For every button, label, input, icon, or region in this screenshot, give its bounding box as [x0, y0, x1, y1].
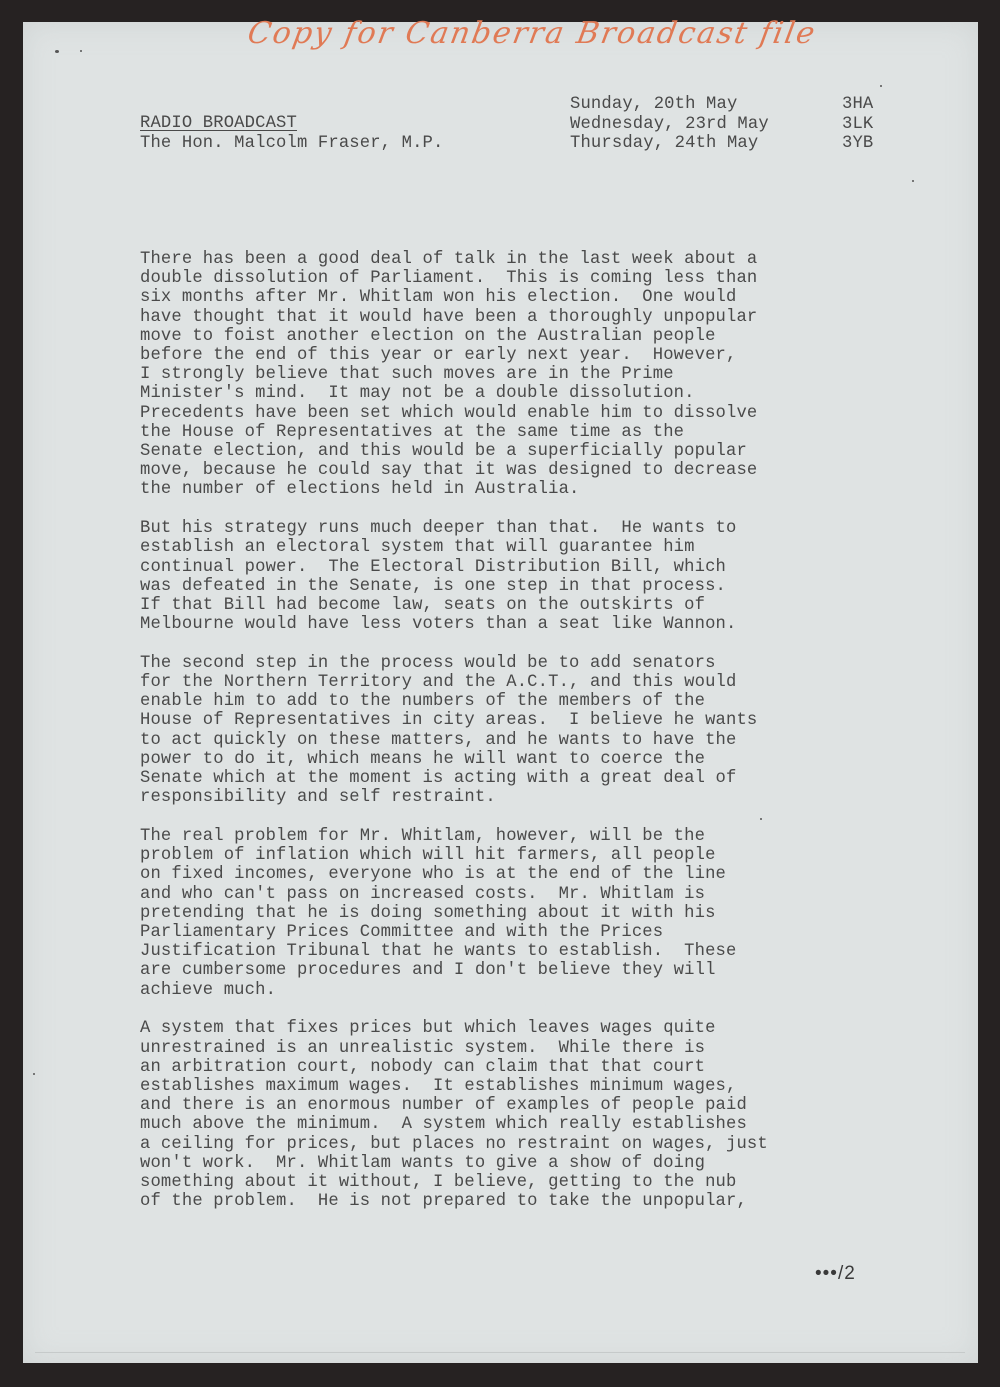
- text-line: a ceiling for prices, but places no rest…: [140, 1135, 840, 1154]
- text-line: something about it without, I believe, g…: [140, 1173, 840, 1192]
- text-line: are cumbersome procedures and I don't be…: [140, 961, 840, 980]
- text-line: The second step in the process would be …: [140, 654, 840, 673]
- schedule-station: 3HA: [842, 95, 892, 115]
- text-line: on fixed incomes, everyone who is at the…: [140, 865, 840, 884]
- body-paragraph: The real problem for Mr. Whitlam, howeve…: [140, 827, 840, 1000]
- paper-mark: [33, 1073, 35, 1075]
- text-line: much above the minimum. A system which r…: [140, 1115, 840, 1134]
- text-line: power to do it, which means he will want…: [140, 750, 840, 769]
- body-paragraph: A system that fixes prices but which lea…: [140, 1019, 840, 1211]
- broadcast-schedule: Sunday, 20th May 3HA Wednesday, 23rd May…: [570, 95, 892, 154]
- text-line: A system that fixes prices but which lea…: [140, 1019, 840, 1038]
- text-line: continual power. The Electoral Distribut…: [140, 558, 840, 577]
- text-line: Senate which at the moment is acting wit…: [140, 769, 840, 788]
- text-line: and who can't pass on increased costs. M…: [140, 885, 840, 904]
- text-line: Melbourne would have less voters than a …: [140, 615, 840, 634]
- text-line: But his strategy runs much deeper than t…: [140, 519, 840, 538]
- schedule-station: 3LK: [842, 115, 892, 135]
- speaker-name: The Hon. Malcolm Fraser, M.P.: [140, 134, 443, 154]
- text-line: enable him to add to the numbers of the …: [140, 692, 840, 711]
- schedule-row: Thursday, 24th May 3YB: [570, 134, 892, 154]
- paper-mark: [55, 50, 59, 53]
- paper-edge-line: [35, 1352, 965, 1353]
- text-line: move to foist another election on the Au…: [140, 327, 840, 346]
- text-line: Senate election, and this would be a sup…: [140, 442, 840, 461]
- text-line: the House of Representatives at the same…: [140, 423, 840, 442]
- text-line: establishes maximum wages. It establishe…: [140, 1077, 840, 1096]
- text-line: double dissolution of Parliament. This i…: [140, 269, 840, 288]
- schedule-date: Wednesday, 23rd May: [570, 115, 842, 135]
- text-line: six months after Mr. Whitlam won his ele…: [140, 288, 840, 307]
- text-line: problem of inflation which will hit farm…: [140, 846, 840, 865]
- paper-mark: [760, 818, 762, 820]
- body-paragraph: The second step in the process would be …: [140, 654, 840, 808]
- text-line: before the end of this year or early nex…: [140, 346, 840, 365]
- text-line: pretending that he is doing something ab…: [140, 904, 840, 923]
- text-line: The real problem for Mr. Whitlam, howeve…: [140, 827, 840, 846]
- body-paragraph: But his strategy runs much deeper than t…: [140, 519, 840, 634]
- text-line: Justification Tribunal that he wants to …: [140, 942, 840, 961]
- schedule-row: Sunday, 20th May 3HA: [570, 95, 892, 115]
- text-line: of the problem. He is not prepared to ta…: [140, 1192, 840, 1211]
- page-continuation-marker: •••/2: [815, 1263, 856, 1285]
- document-header: RADIO BROADCAST The Hon. Malcolm Fraser,…: [140, 114, 443, 153]
- schedule-station: 3YB: [842, 134, 892, 154]
- text-line: Parliamentary Prices Committee and with …: [140, 923, 840, 942]
- body-paragraph: There has been a good deal of talk in th…: [140, 250, 840, 500]
- text-line: Minister's mind. It may not be a double …: [140, 384, 840, 403]
- text-line: and there is an enormous number of examp…: [140, 1096, 840, 1115]
- schedule-date: Sunday, 20th May: [570, 95, 842, 115]
- text-line: responsibility and self restraint.: [140, 788, 840, 807]
- text-line: for the Northern Territory and the A.C.T…: [140, 673, 840, 692]
- text-line: Precedents have been set which would ena…: [140, 404, 840, 423]
- text-line: move, because he could say that it was d…: [140, 461, 840, 480]
- text-line: an arbitration court, nobody can claim t…: [140, 1058, 840, 1077]
- text-line: establish an electoral system that will …: [140, 538, 840, 557]
- paper-mark: [912, 180, 914, 182]
- text-line: If that Bill had become law, seats on th…: [140, 596, 840, 615]
- text-line: unrestrained is an unrealistic system. W…: [140, 1039, 840, 1058]
- schedule-row: Wednesday, 23rd May 3LK: [570, 115, 892, 135]
- text-line: There has been a good deal of talk in th…: [140, 250, 840, 269]
- paper-mark: [880, 85, 882, 87]
- text-line: won't work. Mr. Whitlam wants to give a …: [140, 1154, 840, 1173]
- text-line: the number of elections held in Australi…: [140, 480, 840, 499]
- document-body: There has been a good deal of talk in th…: [140, 250, 840, 1231]
- document-title: RADIO BROADCAST: [140, 114, 443, 134]
- handwritten-annotation: Copy for Canberra Broadcast file: [245, 16, 819, 51]
- text-line: have thought that it would have been a t…: [140, 308, 840, 327]
- text-line: I strongly believe that such moves are i…: [140, 365, 840, 384]
- text-line: to act quickly on these matters, and he …: [140, 731, 840, 750]
- paper-mark: [80, 50, 82, 52]
- text-line: was defeated in the Senate, is one step …: [140, 577, 840, 596]
- text-line: achieve much.: [140, 981, 840, 1000]
- text-line: House of Representatives in city areas. …: [140, 711, 840, 730]
- schedule-date: Thursday, 24th May: [570, 134, 842, 154]
